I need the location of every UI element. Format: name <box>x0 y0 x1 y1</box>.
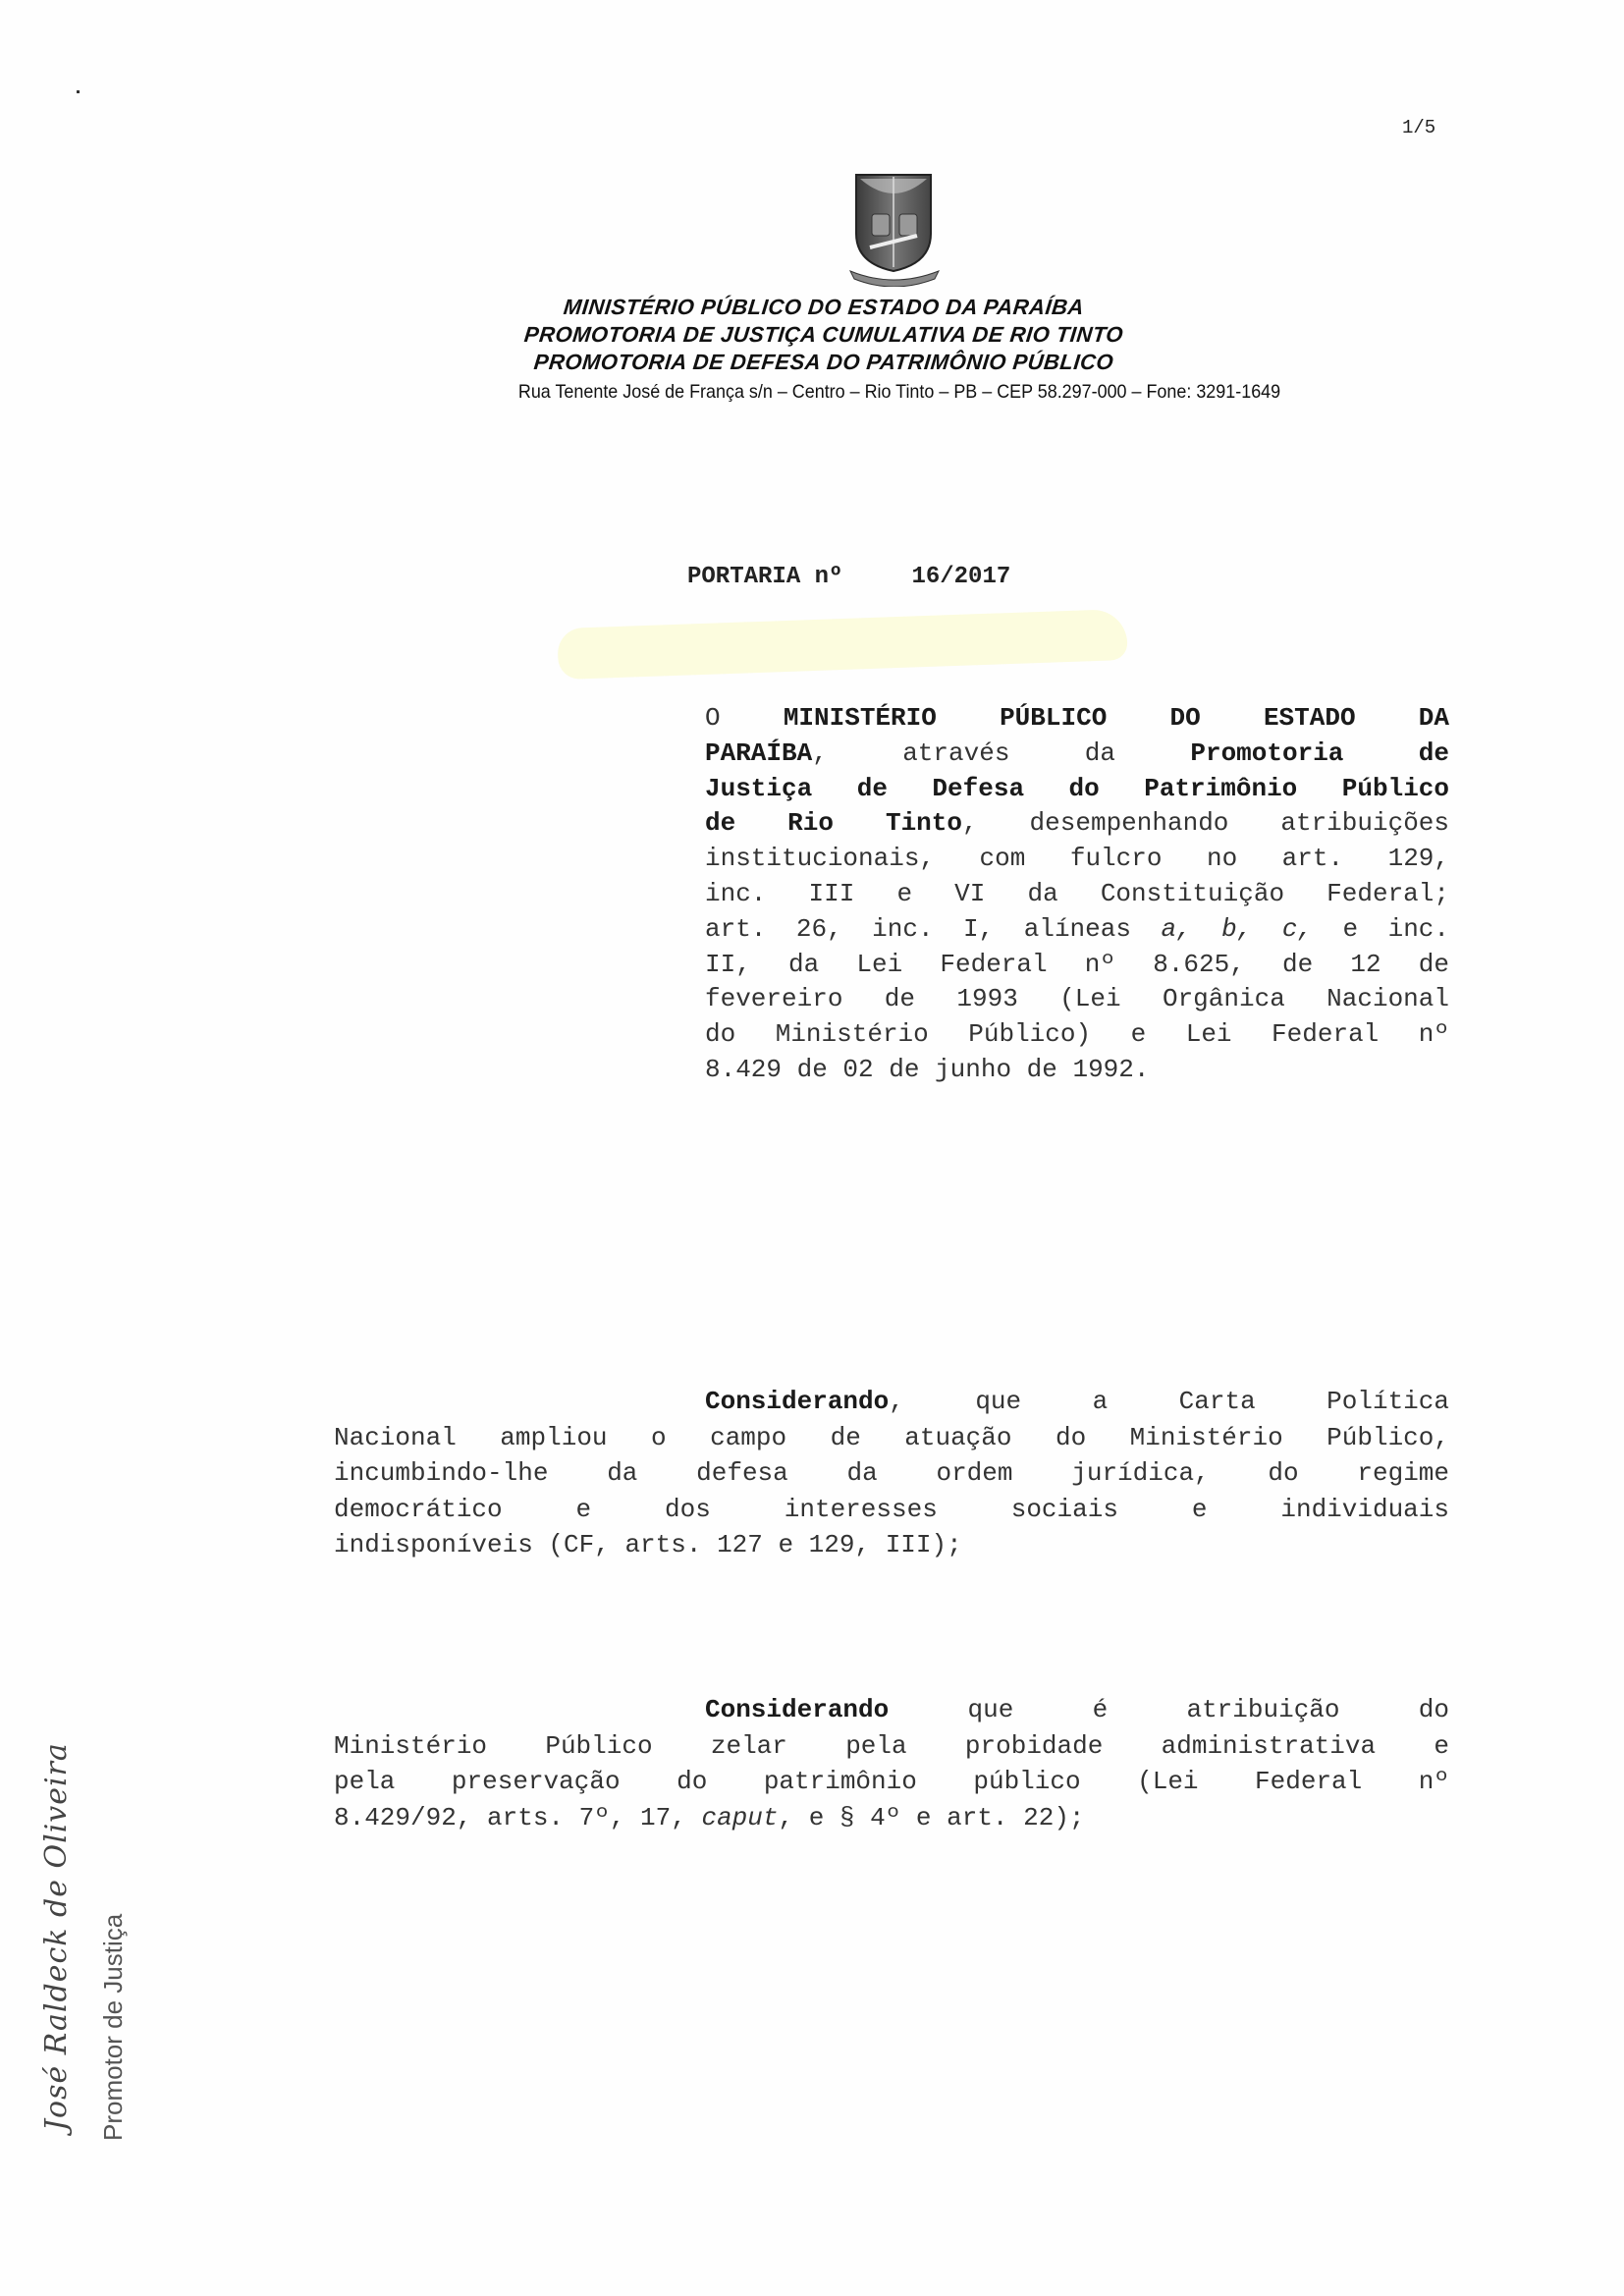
text: , desempenhando atribuições <box>962 808 1449 838</box>
title-number: 16/2017 <box>911 564 1010 590</box>
signature-role-stamp: Promotor de Justiça <box>98 1914 129 2141</box>
header-promotoria: PROMOTORIA DE JUSTIÇA CUMULATIVA DE RIO … <box>11 322 1624 348</box>
document-title: PORTARIA nº16/2017 <box>687 564 1010 590</box>
text-line: Considerando que é atribuição do <box>705 1695 1449 1724</box>
text: , que a Carta Política <box>889 1387 1449 1416</box>
text-line: indisponíveis (CF, arts. 127 e 129, III)… <box>334 1530 1449 1559</box>
text: , através da <box>812 738 1190 768</box>
italic-text: a, b, c, <box>1161 914 1313 944</box>
text: fevereiro de 1993 (Lei Orgânica Nacional <box>705 984 1449 1013</box>
page-indicator: 1/5 <box>1402 117 1435 138</box>
coat-of-arms-icon <box>846 169 943 287</box>
text-line: do Ministério Público) e Lei Federal nº <box>705 1019 1449 1049</box>
text: institucionais, com fulcro no art. 129, <box>705 844 1449 873</box>
text-line: Considerando, que a Carta Política <box>705 1387 1449 1416</box>
bold-text: PARAÍBA <box>705 738 812 768</box>
text: pela preservação do patrimônio público (… <box>334 1767 1449 1796</box>
bold-text: de Rio Tinto <box>705 808 962 838</box>
text: , e § 4º e art. 22); <box>778 1803 1084 1832</box>
text-line: inc. III e VI da Constituição Federal; <box>705 879 1449 908</box>
bold-text: Promotoria de <box>1190 738 1449 768</box>
text: O <box>705 703 784 733</box>
text: que é atribuição do <box>889 1695 1449 1724</box>
text: Nacional ampliou o campo de atuação do M… <box>334 1423 1449 1452</box>
text-line: Justiça de Defesa do Patrimônio Público <box>705 774 1449 803</box>
text-line: II, da Lei Federal nº 8.625, de 12 de <box>705 950 1449 979</box>
text: art. 26, inc. I, alíneas <box>705 914 1161 944</box>
text: II, da Lei Federal nº 8.625, de 12 de <box>705 950 1449 979</box>
text: indisponíveis (CF, arts. 127 e 129, III)… <box>334 1530 962 1559</box>
document-page: 1/5 MINISTÉRIO PÚBLICO DO ESTADO DA PARA… <box>0 0 1624 2296</box>
text: inc. III e VI da Constituição Federal; <box>705 879 1449 908</box>
text-line: fevereiro de 1993 (Lei Orgânica Nacional <box>705 984 1449 1013</box>
bold-text: Justiça de Defesa do Patrimônio Público <box>705 774 1449 803</box>
text: 8.429 de 02 de junho de 1992. <box>705 1055 1149 1084</box>
text-line: O MINISTÉRIO PÚBLICO DO ESTADO DA <box>705 703 1449 733</box>
bold-text: Considerando <box>705 1695 889 1724</box>
text-line: incumbindo-lhe da defesa da ordem jurídi… <box>334 1458 1449 1488</box>
text: 8.429/92, arts. 7º, 17, <box>334 1803 701 1832</box>
text-line: pela preservação do patrimônio público (… <box>334 1767 1449 1796</box>
signature-handwritten: José Raldeck de Oliveira <box>39 1742 74 2131</box>
scan-artifact <box>77 90 80 93</box>
text: e inc. <box>1313 914 1449 944</box>
text-line: 8.429 de 02 de junho de 1992. <box>705 1055 1449 1084</box>
text-line: Ministério Público zelar pela probidade … <box>334 1731 1449 1761</box>
text: incumbindo-lhe da defesa da ordem jurídi… <box>334 1458 1449 1488</box>
text: democrático e dos interesses sociais e i… <box>334 1495 1449 1524</box>
highlighter-mark <box>557 609 1127 680</box>
italic-text: caput <box>701 1803 778 1832</box>
text-line: PARAÍBA, através da Promotoria de <box>705 738 1449 768</box>
text-line: institucionais, com fulcro no art. 129, <box>705 844 1449 873</box>
text: do Ministério Público) e Lei Federal nº <box>705 1019 1449 1049</box>
text-line: art. 26, inc. I, alíneas a, b, c, e inc. <box>705 914 1449 944</box>
bold-text: Considerando <box>705 1387 889 1416</box>
header-department: PROMOTORIA DE DEFESA DO PATRIMÔNIO PÚBLI… <box>11 350 1624 375</box>
text: Ministério Público zelar pela probidade … <box>334 1731 1449 1761</box>
text-line: Nacional ampliou o campo de atuação do M… <box>334 1423 1449 1452</box>
text-line: de Rio Tinto, desempenhando atribuições <box>705 808 1449 838</box>
header-address: Rua Tenente José de França s/n – Centro … <box>475 381 1325 404</box>
text-line: democrático e dos interesses sociais e i… <box>334 1495 1449 1524</box>
title-label: PORTARIA nº <box>687 564 842 590</box>
bold-text: MINISTÉRIO PÚBLICO DO ESTADO DA <box>784 703 1449 733</box>
text-line: 8.429/92, arts. 7º, 17, caput, e § 4º e … <box>334 1803 1449 1832</box>
header-institution: MINISTÉRIO PÚBLICO DO ESTADO DA PARAÍBA <box>11 295 1624 320</box>
